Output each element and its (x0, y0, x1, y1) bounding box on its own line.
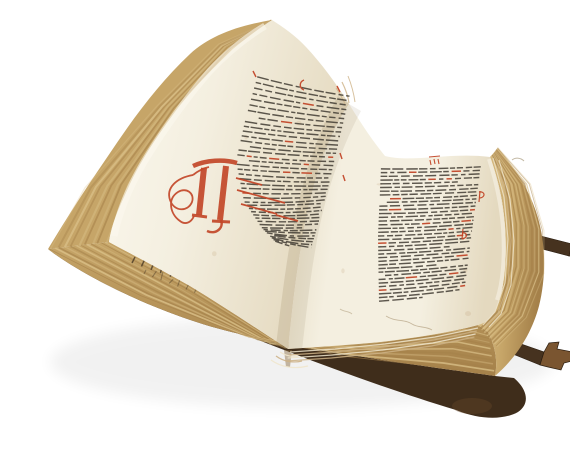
book-photo-canvas (40, 16, 570, 435)
manuscript-book-photo (40, 16, 570, 435)
